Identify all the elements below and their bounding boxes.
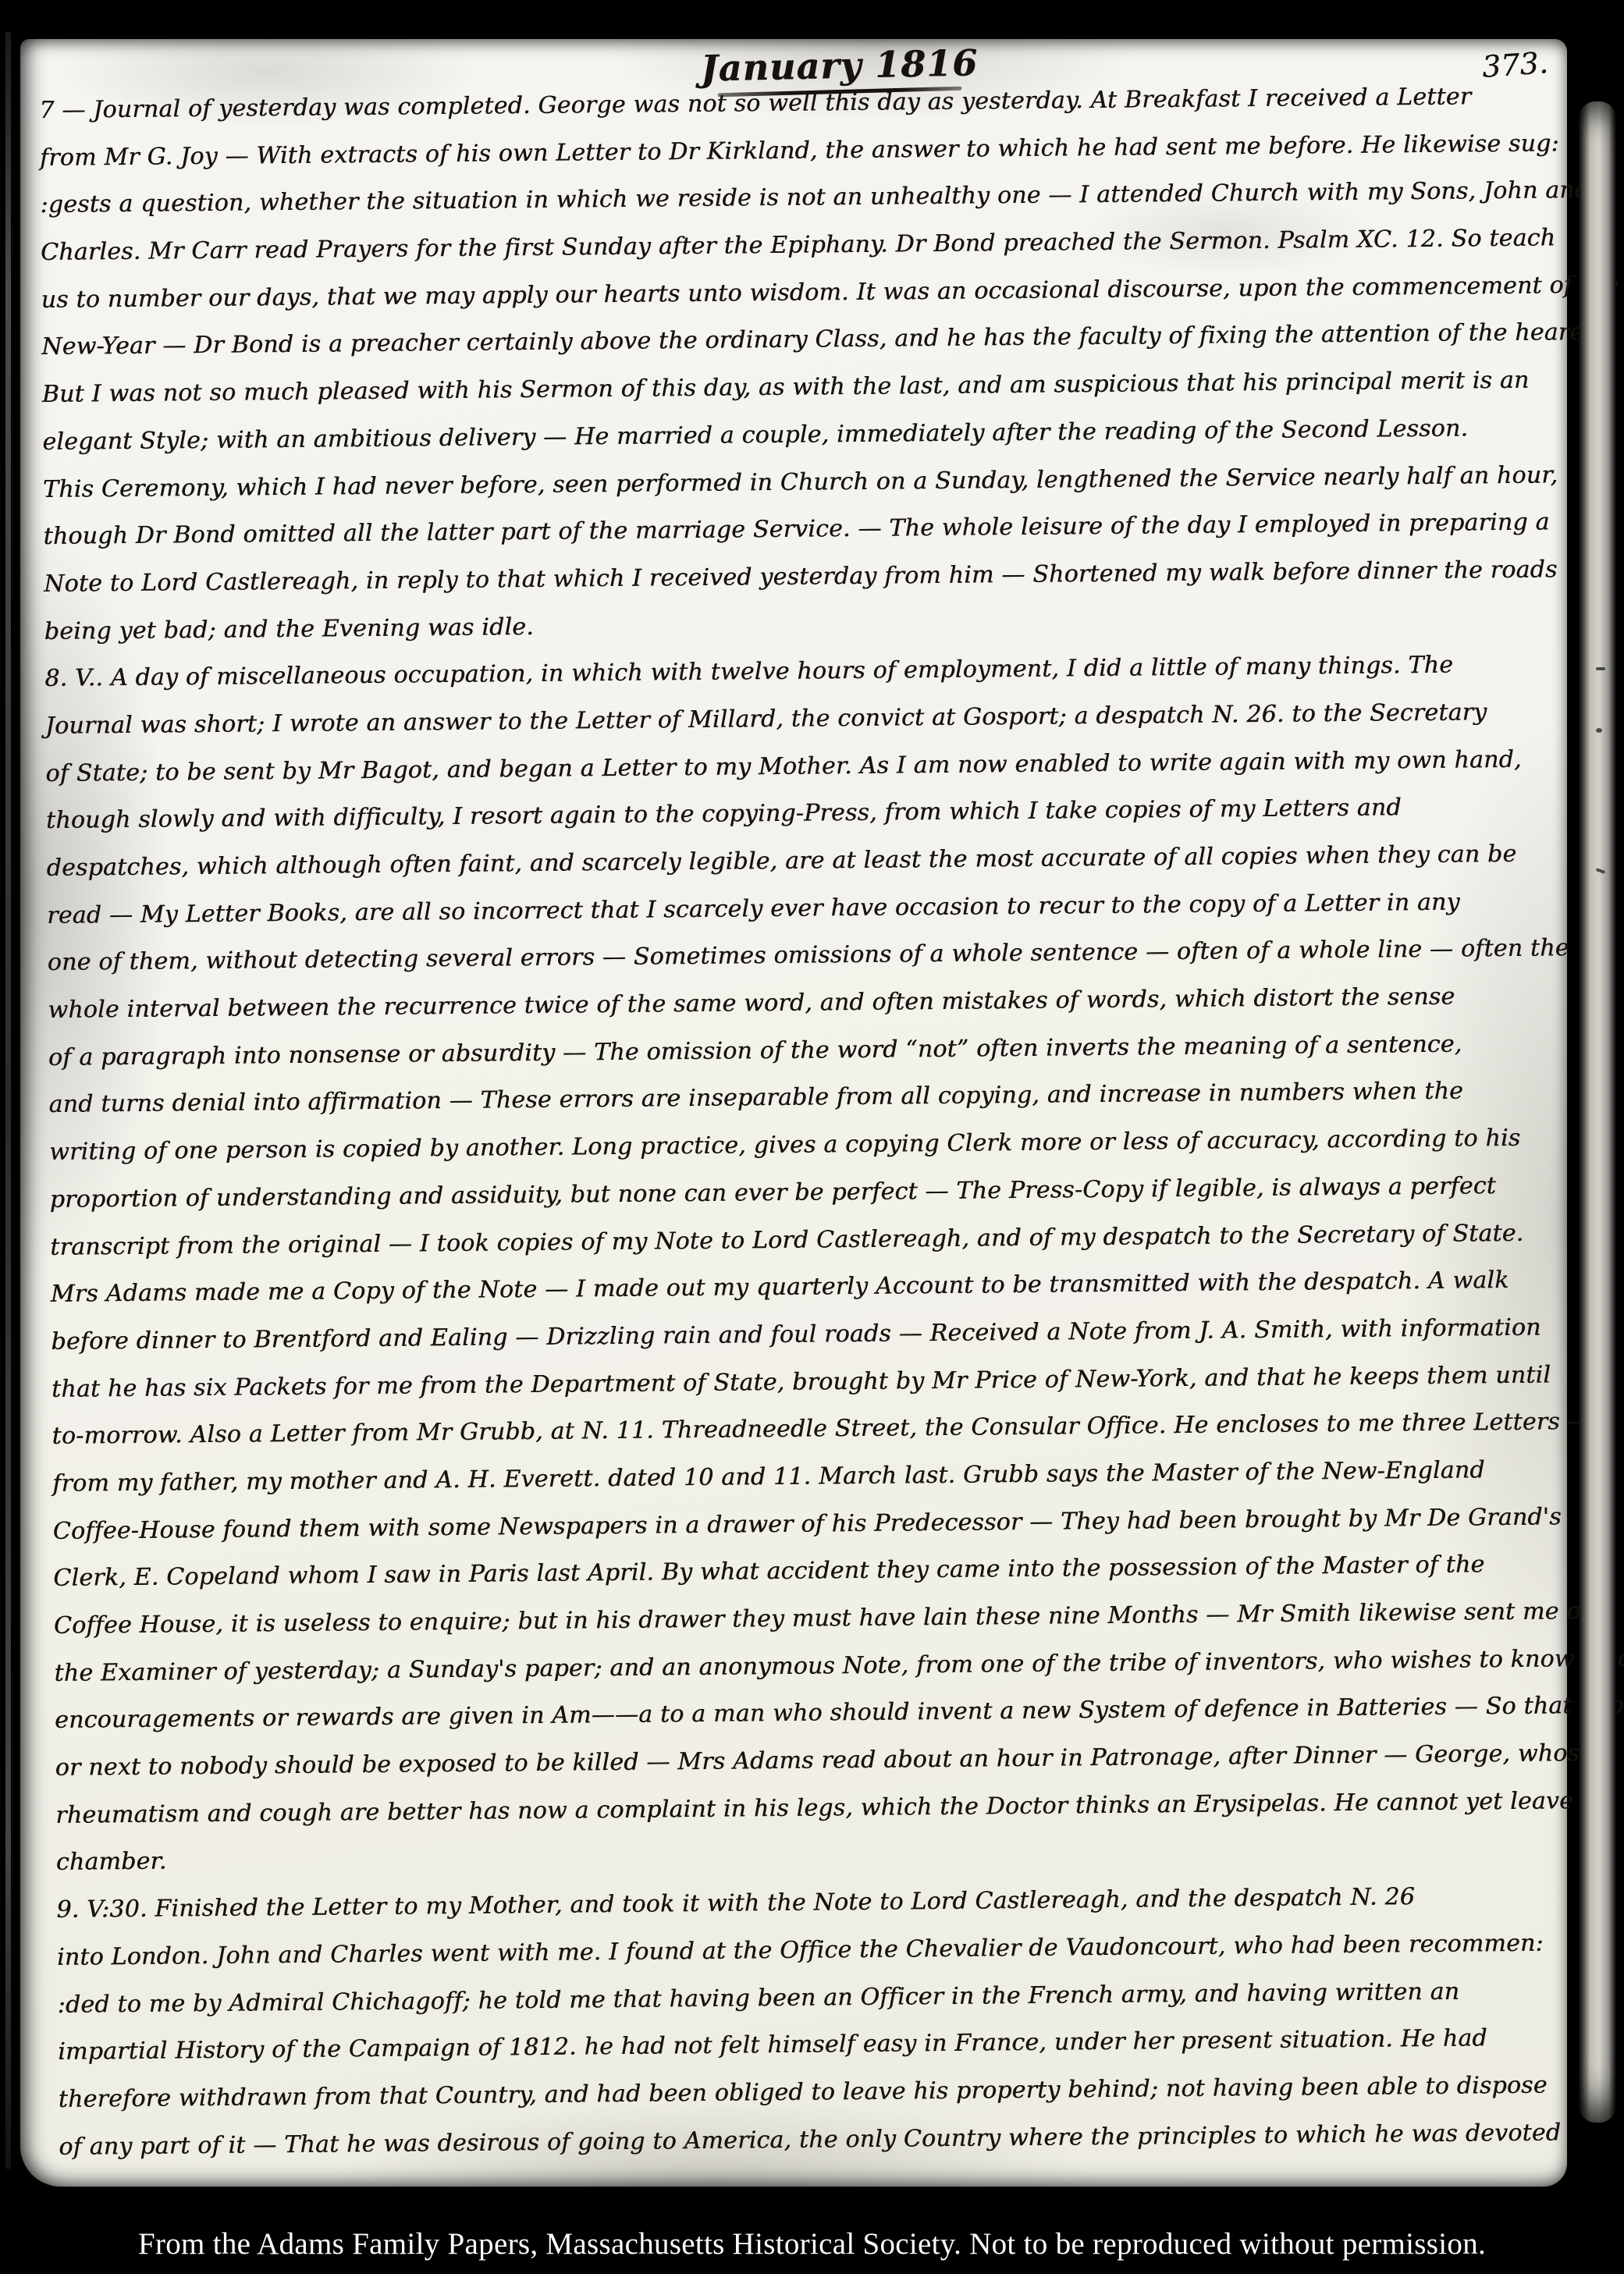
edge-ink-mark (1596, 728, 1602, 733)
scanned-manuscript-photo: { "colors": { "background": "#000000", "… (0, 0, 1624, 2274)
adjacent-page-edge (1579, 101, 1616, 2123)
manuscript-page: January 1816 373. 7 — Journal of yesterd… (20, 39, 1567, 2187)
book-spine-sliver (5, 31, 11, 2169)
edge-ink-mark (1596, 868, 1606, 874)
edge-ink-mark (1596, 667, 1605, 670)
manuscript-text: 7 — Journal of yesterday was completed. … (39, 73, 1577, 2171)
archive-caption: From the Adams Family Papers, Massachuse… (0, 2226, 1624, 2263)
